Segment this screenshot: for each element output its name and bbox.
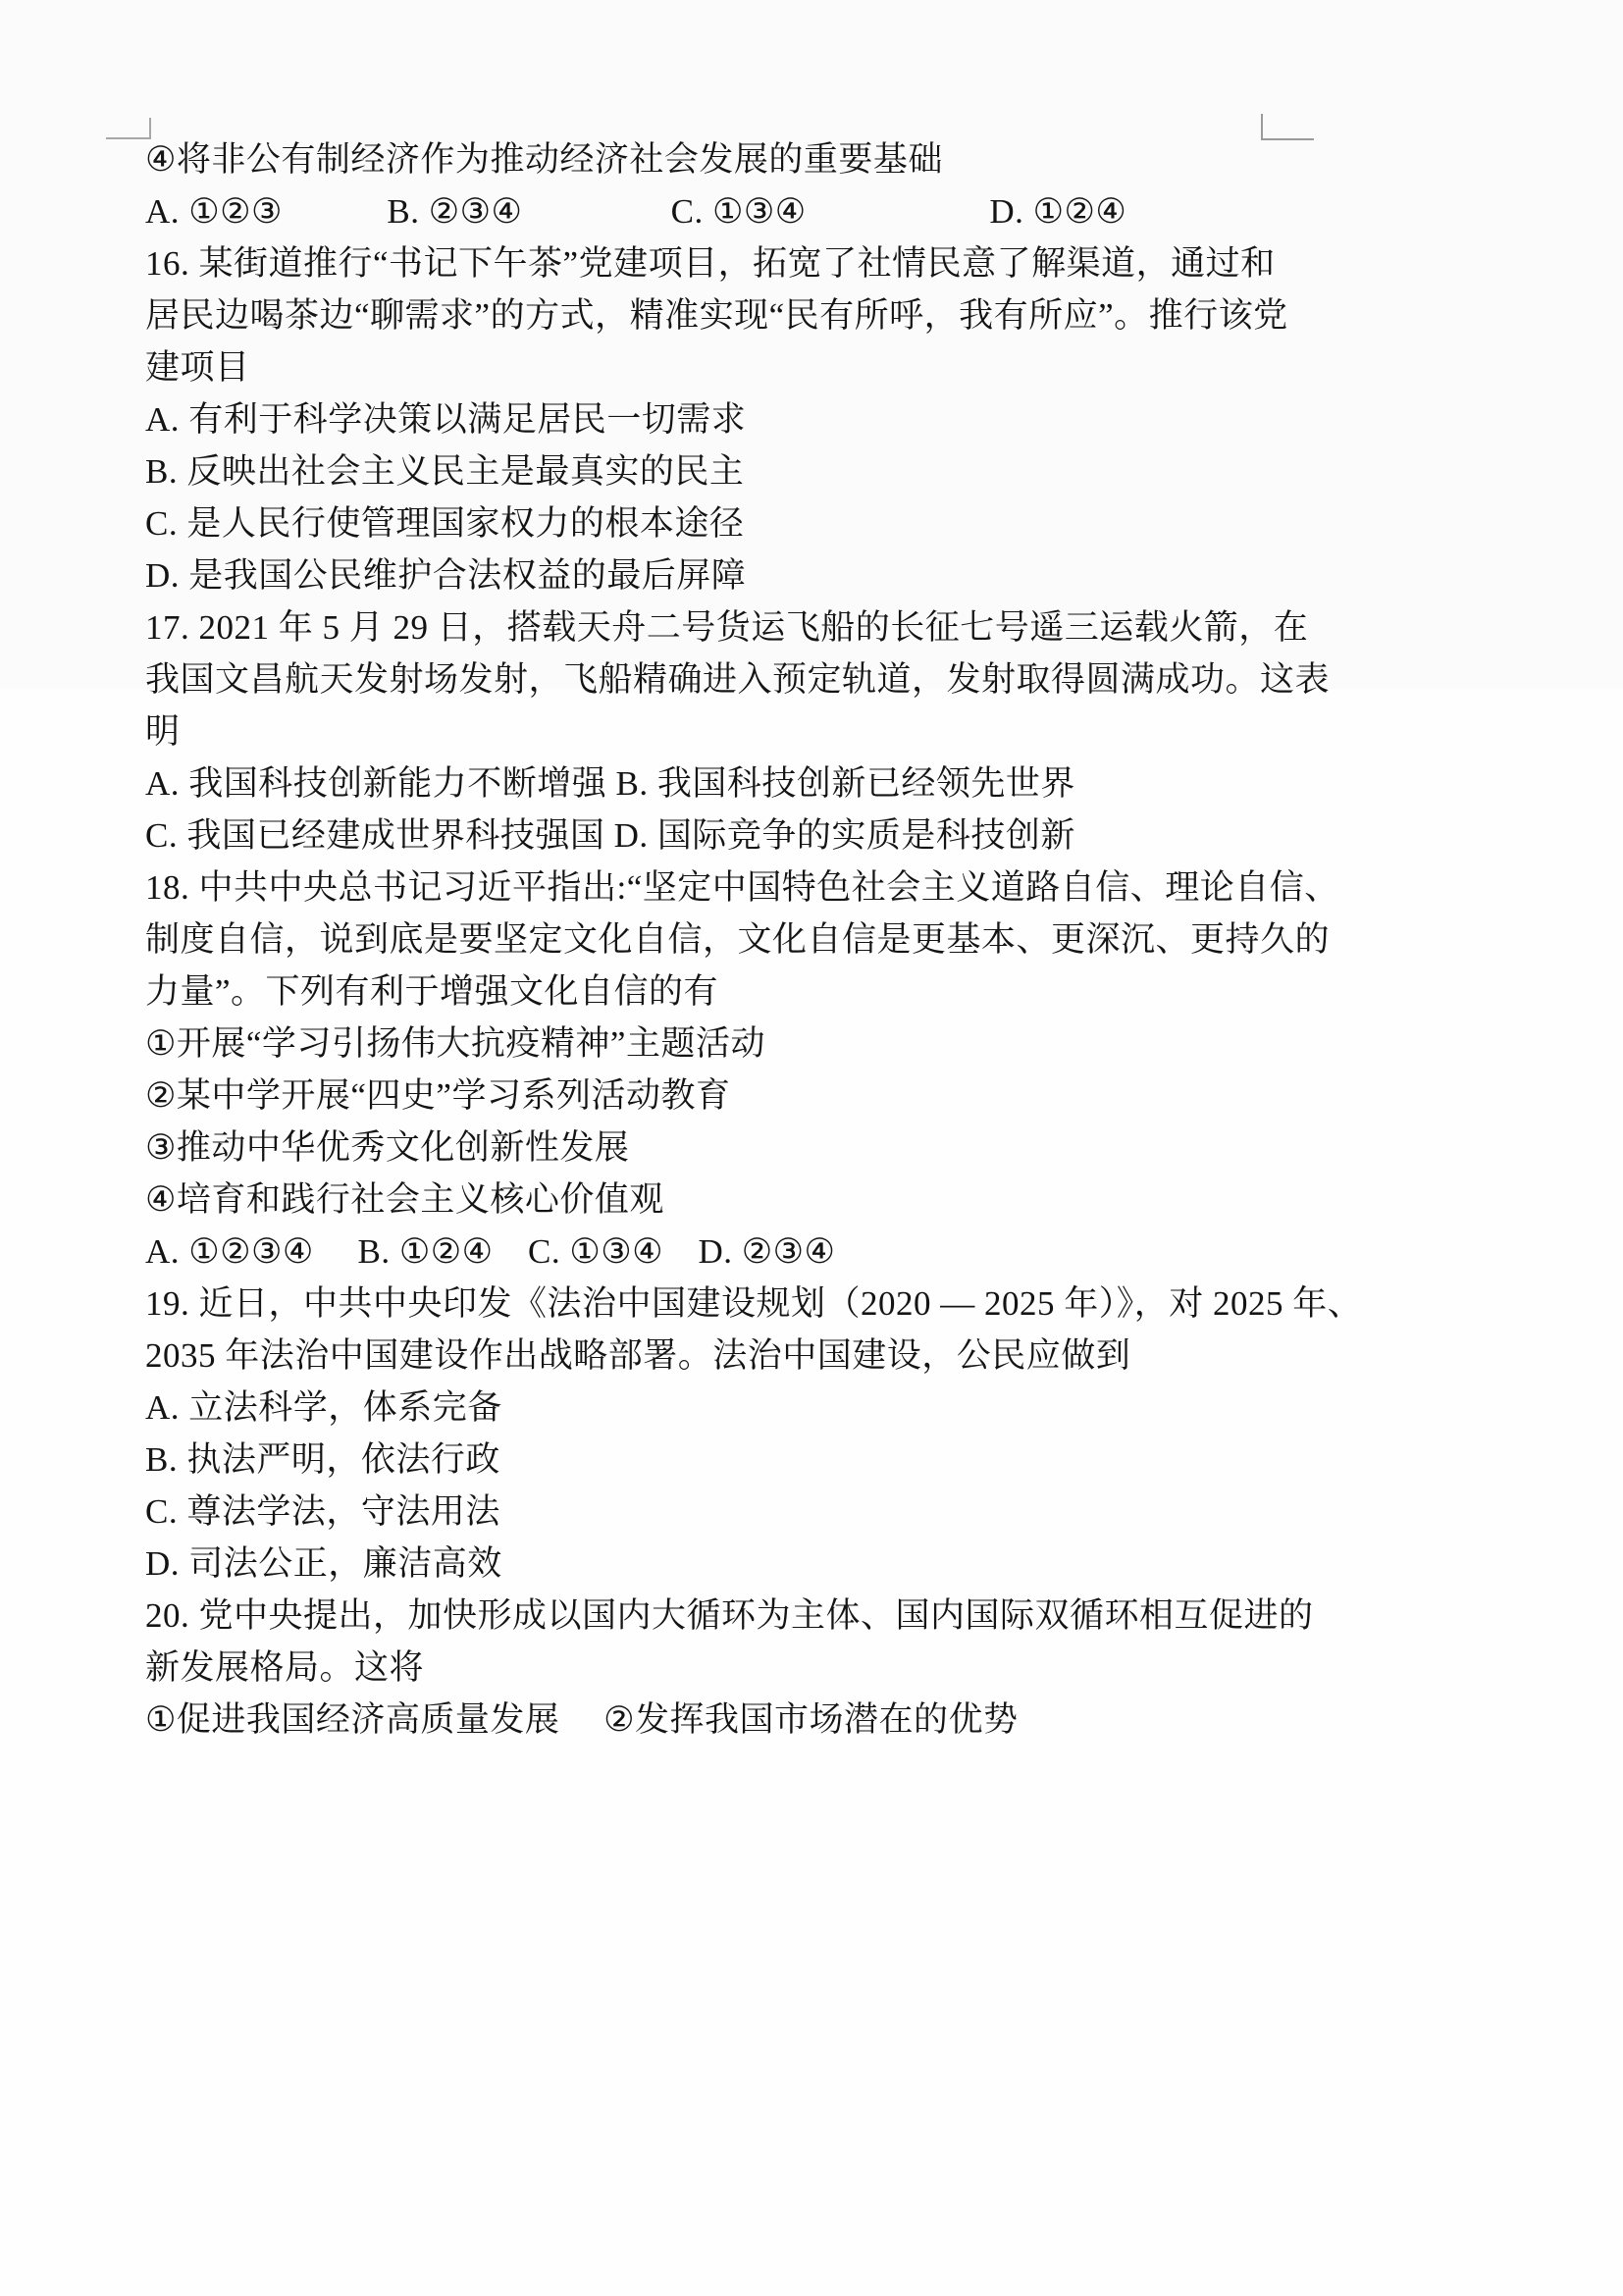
q19-line-5: C. 尊法学法，守法用法 <box>145 1486 1323 1538</box>
q18-line-1: 18. 中共中央总书记习近平指出:“坚定中国特色社会主义道路自信、理论自信、 <box>145 861 1323 913</box>
q16-line-1: 16. 某街道推行“书记下午茶”党建项目，拓宽了社情民意了解渠道，通过和 <box>145 237 1323 289</box>
exam-text-block: ④将非公有制经济作为推动经济社会发展的重要基础A. ①②③ B. ②③④ C. … <box>145 133 1323 1746</box>
q15-remainder-line-1: ④将非公有制经济作为推动经济社会发展的重要基础 <box>145 133 1323 185</box>
q18-line-8: A. ①②③④ B. ①②④ C. ①③④ D. ②③④ <box>145 1226 1323 1278</box>
q16-line-2: 居民边喝茶边“聊需求”的方式，精准实现“民有所呼，我有所应”。推行该党 <box>145 289 1323 341</box>
exam-page: ④将非公有制经济作为推动经济社会发展的重要基础A. ①②③ B. ②③④ C. … <box>0 0 1623 2296</box>
q18-line-4: ①开展“学习引扬伟大抗疫精神”主题活动 <box>145 1018 1323 1070</box>
q17-line-4: A. 我国科技创新能力不断增强 B. 我国科技创新已经领先世界 <box>145 757 1323 809</box>
q15-remainder-line-2: A. ①②③ B. ②③④ C. ①③④ D. ①②④ <box>145 185 1323 237</box>
q17-line-1: 17. 2021 年 5 月 29 日，搭载天舟二号货运飞船的长征七号遥三运载火… <box>145 601 1323 653</box>
q16-line-5: B. 反映出社会主义民主是最真实的民主 <box>145 445 1323 497</box>
q19-line-3: A. 立法科学，体系完备 <box>145 1382 1323 1434</box>
q16-line-3: 建项目 <box>145 341 1323 393</box>
q16-line-4: A. 有利于科学决策以满足居民一切需求 <box>145 393 1323 445</box>
q17-line-3: 明 <box>145 705 1323 757</box>
q18-line-6: ③推动中华优秀文化创新性发展 <box>145 1122 1323 1174</box>
q19-line-6: D. 司法公正，廉洁高效 <box>145 1538 1323 1590</box>
q20-line-3: ①促进我国经济高质量发展 ②发挥我国市场潜在的优势 <box>145 1694 1323 1746</box>
q16-line-6: C. 是人民行使管理国家权力的根本途径 <box>145 497 1323 549</box>
q19-line-2: 2035 年法治中国建设作出战略部署。法治中国建设，公民应做到 <box>145 1330 1323 1382</box>
q17-line-2: 我国文昌航天发射场发射，飞船精确进入预定轨道，发射取得圆满成功。这表 <box>145 653 1323 705</box>
q18-line-7: ④培育和践行社会主义核心价值观 <box>145 1174 1323 1226</box>
q19-line-1: 19. 近日，中共中央印发《法治中国建设规划（2020 — 2025 年）》，对… <box>145 1278 1323 1330</box>
q18-line-3: 力量”。下列有利于增强文化自信的有 <box>145 965 1323 1018</box>
q18-line-2: 制度自信，说到底是要坚定文化自信，文化自信是更基本、更深沉、更持久的 <box>145 913 1323 965</box>
q20-line-1: 20. 党中央提出，加快形成以国内大循环为主体、国内国际双循环相互促进的 <box>145 1590 1323 1642</box>
q19-line-4: B. 执法严明，依法行政 <box>145 1434 1323 1486</box>
q18-line-5: ②某中学开展“四史”学习系列活动教育 <box>145 1070 1323 1122</box>
q16-line-7: D. 是我国公民维护合法权益的最后屏障 <box>145 549 1323 601</box>
q17-line-5: C. 我国已经建成世界科技强国 D. 国际竞争的实质是科技创新 <box>145 809 1323 861</box>
q20-line-2: 新发展格局。这将 <box>145 1642 1323 1694</box>
